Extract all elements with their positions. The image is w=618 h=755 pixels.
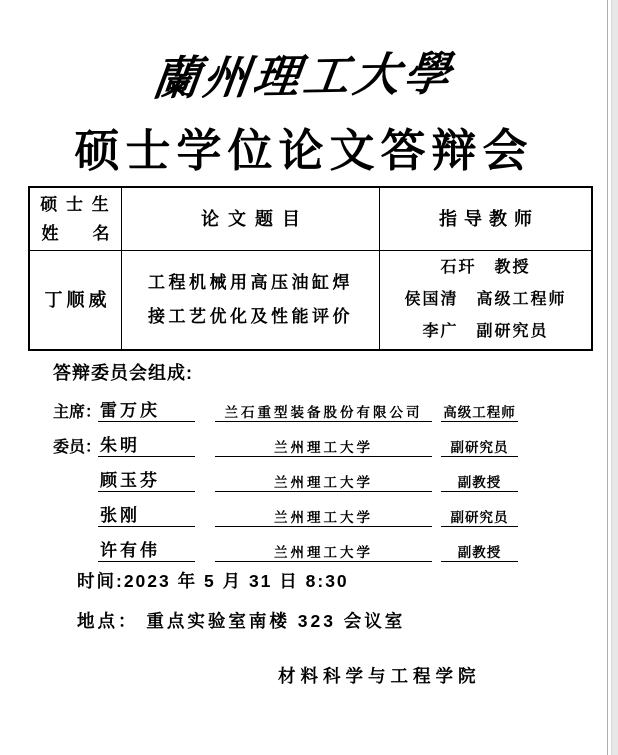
advisor-2: 侯国清 高级工程师 [404, 284, 566, 316]
header-student-line1: 硕 士 生 [40, 190, 110, 219]
member-title: 副研究员 [441, 436, 518, 457]
defense-time: 时间:2023 年 5 月 31 日 8:30 [77, 568, 349, 593]
committee-row-member: 委员： 朱明 兰州理工大学 副研究员 [53, 434, 518, 457]
committee-row-member: 顾玉芬 兰州理工大学 副教授 [53, 469, 518, 492]
thesis-title-line2: 接工艺优化及性能评价 [148, 300, 353, 334]
member-name: 顾玉芬 [98, 466, 195, 492]
student-name-cell: 丁顺威 [30, 250, 121, 349]
member-title: 高级工程师 [441, 401, 518, 422]
member-affiliation: 兰州理工大学 [215, 506, 432, 527]
member-name: 张刚 [98, 501, 195, 527]
committee-row-member: 张刚 兰州理工大学 副研究员 [53, 504, 518, 527]
defense-location: 地点： 重点实验室南楼 323 会议室 [77, 608, 405, 633]
member-title: 副教授 [441, 541, 518, 562]
committee-row-member: 许有伟 兰州理工大学 副教授 [53, 539, 518, 562]
member-name: 朱明 [98, 431, 195, 457]
advisor-3: 李广 副研究员 [422, 316, 548, 348]
role-label: 委员： [53, 434, 98, 457]
header-advisor: 指导教师 [379, 188, 591, 250]
committee-heading: 答辩委员会组成: [53, 359, 193, 385]
advisors-cell: 石玕 教授 侯国清 高级工程师 李广 副研究员 [379, 250, 591, 349]
header-student-line2: 姓 名 [42, 219, 110, 248]
member-affiliation: 兰州理工大学 [215, 541, 432, 562]
canvas-edge-strip [611, 0, 618, 755]
thesis-title-cell: 工程机械用高压油缸焊 接工艺优化及性能评价 [121, 250, 379, 349]
member-name: 许有伟 [98, 536, 195, 562]
defense-info-table: 硕 士 生 姓 名 论文题目 指导教师 丁顺威 工程机械用高压油缸焊 接工艺优化… [28, 186, 593, 351]
member-name: 雷万庆 [98, 396, 195, 422]
header-student-name: 硕 士 生 姓 名 [30, 188, 121, 250]
department-signature: 材料科学与工程学院 [278, 663, 481, 688]
university-calligraphy-logo: 蘭州理工大學 [0, 35, 613, 112]
member-affiliation: 兰州理工大学 [215, 436, 432, 457]
role-label: 主席： [53, 399, 98, 422]
committee-row-chair: 主席： 雷万庆 兰石重型装备股份有限公司 高级工程师 [53, 399, 518, 422]
advisor-1: 石玕 教授 [440, 252, 530, 284]
thesis-title-line1: 工程机械用高压油缸焊 [148, 266, 353, 300]
member-affiliation: 兰石重型装备股份有限公司 [215, 401, 432, 422]
member-affiliation: 兰州理工大学 [215, 471, 432, 492]
member-title: 副研究员 [441, 506, 518, 527]
header-thesis-title: 论文题目 [121, 188, 379, 250]
member-title: 副教授 [441, 471, 518, 492]
page-title: 硕士学位论文答辩会 [0, 114, 608, 179]
